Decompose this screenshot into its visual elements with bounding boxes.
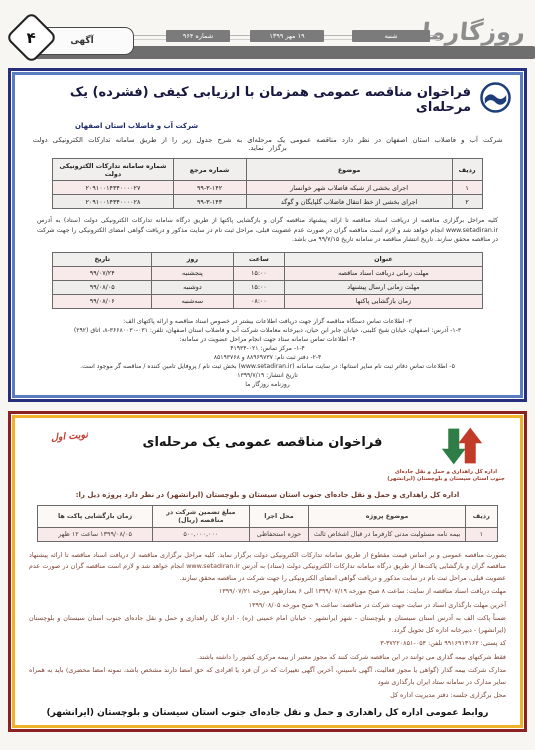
note-line: ۲-۴- دفتر ثبت نام: ۸۸۹۶۹۷۳۷ و ۸۵۱۹۳۷۶۸ [23,353,512,362]
water-tender-inner: فراخوان مناقصه عمومی همزمان با ارزیابی ک… [12,72,523,398]
col-reference-number: شماره مرجع [173,159,246,181]
road-organization-logo-icon [440,424,484,468]
notice1-signature: روزنامه روزگار ما [23,380,512,389]
col-location: محل اجرا [249,505,309,527]
table-cell: دوشنبه [152,280,234,294]
paragraph: مهلت دریافت اسناد مناقصه از سایت: ساعت ۸… [29,586,506,598]
table-cell: حوزه استحفاظی [249,527,309,541]
table-cell: ۱۵:۰۰ [233,266,285,280]
table-cell: ۹۹/۰۷/۲۴ [53,266,152,280]
table-cell: ۹۹/۰۸/۰۶ [53,294,152,308]
table-cell: ۱ [452,181,482,195]
table-row: مهلت زمانی دریافت اسناد مناقصه ۱۵:۰۰ پنج… [53,266,482,280]
paragraph: فقط شرکتهای بیمه گذاری می توانند در این … [29,652,506,664]
newspaper-page: { "header": { "newspaper_name": "روزگارم… [0,0,535,750]
table-cell: ۱۵:۰۰ [233,280,285,294]
note-line: ۳- اطلاعات تماس دستگاه مناقصه گزار جهت د… [23,317,512,326]
col-date: تاریخ [53,252,152,266]
turn-label: نوبت اول [51,429,89,443]
notice2-paragraphs: بصورت مناقصه عمومی و بر اساس قیمت مقطوع … [29,550,506,702]
water-tender-table: ردیف موضوع شماره مرجع شماره سامانه تدارک… [52,158,482,209]
road-tender-inner: نوبت اول فراخوان مناقصه عمومی یک مرحله‌ا… [12,415,523,728]
paragraph: محل برگزاری جلسه: دفتر مدیریت اداره کل [29,690,506,702]
col-hour: ساعت [233,252,285,266]
table-row: مهلت زمانی ارسال پیشنهاد ۱۵:۰۰ دوشنبه ۹۹… [53,280,482,294]
col-row-number: ردیف [452,159,482,181]
water-tender-header: فراخوان مناقصه عمومی همزمان با ارزیابی ک… [23,81,512,118]
table-cell: بیمه نامه مسئولیت مدنی کارفرما در قبال ا… [309,527,465,541]
col-subject: موضوع [246,159,452,181]
table-row: زمان بازگشایی پاکتها ۰۸:۰۰ سه‌شنبه ۹۹/۰۸… [53,294,482,308]
paragraph: بصورت مناقصه عمومی و بر اساس قیمت مقطوع … [29,550,506,585]
col-opening-time: زمان بازگشایی پاکت ها [38,505,153,527]
notice1-publish-date: تاریخ انتشار: ۱۳۹۹/۷/۱۹ [23,371,512,380]
notice1-paragraph: کلیه مراحل برگزاری مناقصه از دریافت اسنا… [37,216,498,245]
notice2-intro: اداره کل راهداری و حمل و نقل جاده‌ای جنو… [25,491,510,499]
table-cell: ۹۹-۳-۱۴۲ [173,181,246,195]
table-cell: پنجشنبه [152,266,234,280]
date-badge: ۱۹ مهر ۱۳۹۹ [250,30,324,42]
page-number: ۴ [27,29,36,47]
notice1-title: فراخوان مناقصه عمومی همزمان با ارزیابی ک… [23,85,471,115]
newspaper-logo: روزگارما [420,18,526,46]
road-tender-header: نوبت اول فراخوان مناقصه عمومی یک مرحله‌ا… [25,424,510,486]
paragraph: مدارک شرکت بیمه گذار (گواهی یا مجوز فعال… [29,665,506,688]
issue-badge: شماره ۹۶۴ [166,30,230,42]
col-setad-number: شماره سامانه تدارکات الکترونیکی دولت [53,159,173,181]
note-line: ۴- اطلاعات تماس سامانه ستاد جهت انجام مر… [23,335,512,344]
notice1-intro: شرکت آب و فاضلاب استان اصفهان در نظر دار… [23,136,512,152]
road-organization-caption: اداره کل راهداری و حمل و نقل جاده‌ای جنو… [382,469,510,483]
note-line: ۵- اطلاعات تماس دفاتر ثبت نام سایر استان… [23,362,512,371]
notice1-org-name: شرکت آب و فاضلاب استان اصفهان [23,122,512,130]
table-cell: ۲ [452,195,482,209]
notice2-footer: روابط عمومی اداره کل راهداری و حمل و نقل… [25,708,510,718]
page-header: روزگارما شنبه ۱۹ مهر ۱۳۹۹ شماره ۹۶۴ آگهی… [0,0,535,64]
paragraph: آخرین مهلت بارگذاری اسناد در سایت جهت شر… [29,600,506,612]
table-header-row: عنوان ساعت روز تاریخ [53,252,482,266]
col-row-number: ردیف [465,505,497,527]
table-cell: ۱ [465,527,497,541]
table-cell: ۹۹/۰۸/۰۵ [53,280,152,294]
note-line: ۱-۳- آدرس: اصفهان، خیابان شیخ کلینی، خیا… [23,326,512,335]
table-header-row: ردیف موضوع شماره مرجع شماره سامانه تدارک… [53,159,482,181]
col-day: روز [152,252,234,266]
table-row: ۲ اجرای بخشی از خط انتقال فاضلاب گلپایگا… [53,195,482,209]
table-cell: سه‌شنبه [152,294,234,308]
table-cell: زمان بازگشایی پاکتها [285,294,482,308]
table-cell: ۱۳۹۹/۰۸/۰۵ ساعت ۱۲ ظهر [38,527,153,541]
table-cell: ۹۹-۳-۱۴۳ [173,195,246,209]
table-cell: اجرای بخشی از خط انتقال فاضلاب گلپایگان … [246,195,452,209]
notice1-notes: ۳- اطلاعات تماس دستگاه مناقصه گزار جهت د… [23,317,512,371]
table-cell: ۰۸:۰۰ [233,294,285,308]
caption-line: جنوب استان سیستان و بلوچستان (ایرانشهر) [382,476,510,483]
table-cell: مهلت زمانی ارسال پیشنهاد [285,280,482,294]
table-cell: اجرای بخشی از شبکه فاضلاب شهر خوانسار [246,181,452,195]
col-title: عنوان [285,252,482,266]
table-row: ۱ اجرای بخشی از شبکه فاضلاب شهر خوانسار … [53,181,482,195]
water-tender-schedule-table: عنوان ساعت روز تاریخ مهلت زمانی دریافت ا… [52,252,482,309]
road-tender-table: ردیف موضوع پروژه محل اجرا مبلغ تضمین شرک… [37,505,498,542]
paragraph: ضمناً پاکت الف به آدرس استان سیستان و بل… [29,613,506,636]
paragraph: کد پستی: ۹۹۱۶۹۱۳۱۶۲ تلفن: ۰۵۴-۳۷۲۲۰۸۵۱-۳ [29,638,506,650]
water-tender-notice: فراخوان مناقصه عمومی همزمان با ارزیابی ک… [8,68,527,402]
notice2-title: فراخوان مناقصه عمومی یک مرحله‌ای [120,435,405,450]
table-cell: ۵۰۰,۰۰۰,۰۰۰ [153,527,250,541]
col-guarantee-amount: مبلغ تضمین شرکت در مناقصه (ریال) [153,505,250,527]
section-tab-label: آگهی [70,36,93,46]
note-line: ۱-۴- مرکز تماس: ۰۲۱-۴۱۹۳۴ [23,344,512,353]
table-row: ۱ بیمه نامه مسئولیت مدنی کارفرما در قبال… [38,527,498,541]
table-header-row: ردیف موضوع پروژه محل اجرا مبلغ تضمین شرک… [38,505,498,527]
caption-line: اداره کل راهداری و حمل و نقل جاده‌ای [382,469,510,476]
table-cell: ۲۰۹۱۰۰۱۴۳۴۰۰۰۰۲۸ [53,195,173,209]
table-cell: مهلت زمانی دریافت اسناد مناقصه [285,266,482,280]
table-cell: ۲۰۹۱۰۰۱۴۳۴۰۰۰۰۲۷ [53,181,173,195]
col-project-subject: موضوع پروژه [309,505,465,527]
water-company-logo-icon [479,81,512,118]
day-badge: شنبه [352,30,430,42]
road-tender-notice: نوبت اول فراخوان مناقصه عمومی یک مرحله‌ا… [8,411,527,732]
